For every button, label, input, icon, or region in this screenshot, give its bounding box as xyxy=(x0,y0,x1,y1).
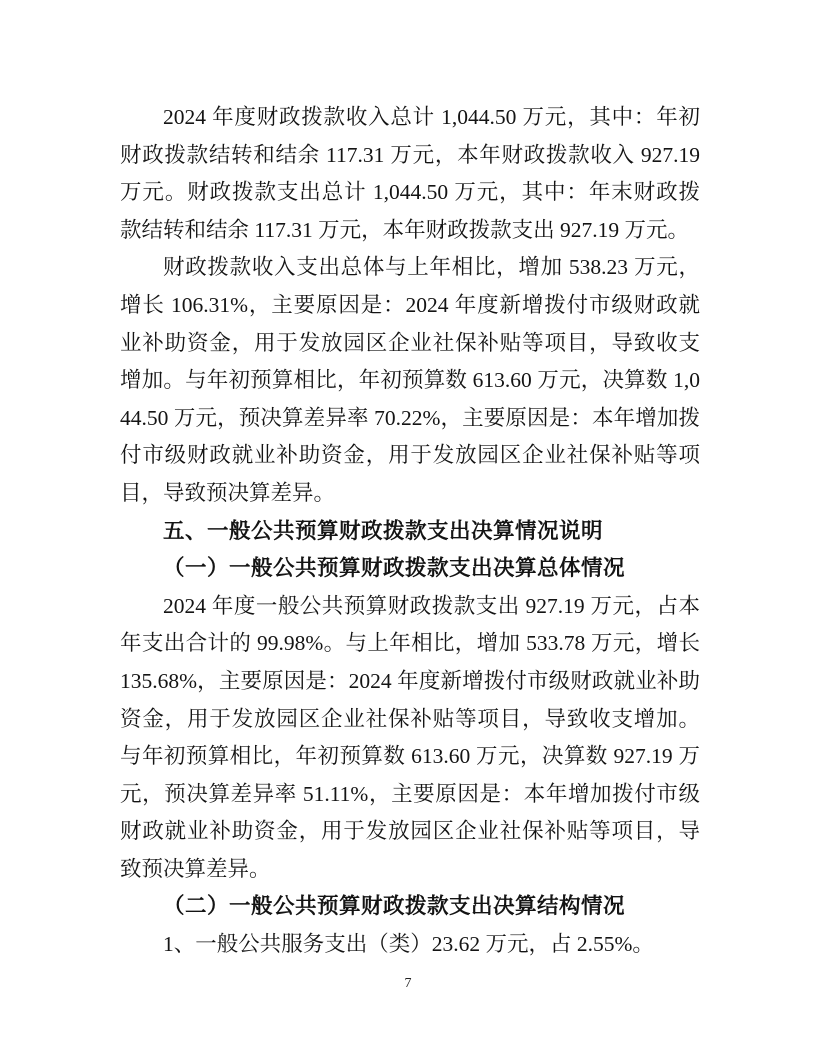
subsection-heading-structure-situation: （二）一般公共预算财政拨款支出决算结构情况 xyxy=(120,888,700,926)
subsection-heading-overall-situation: （一）一般公共预算财政拨款支出决算总体情况 xyxy=(120,550,700,588)
page-number: 7 xyxy=(0,975,816,993)
document-page: 2024 年度财政拨款收入总计 1,044.50 万元，其中：年初财政拨款结转和… xyxy=(0,0,816,1056)
paragraph-general-budget-expenditure-overall: 2024 年度一般公共预算财政拨款支出 927.19 万元，占本年支出合计的 9… xyxy=(120,588,700,889)
document-content: 2024 年度财政拨款收入总计 1,044.50 万元，其中：年初财政拨款结转和… xyxy=(120,99,700,964)
paragraph-general-public-service-expenditure: 1、一般公共服务支出（类）23.62 万元，占 2.55%。 xyxy=(120,926,700,964)
paragraph-fiscal-appropriation-totals: 2024 年度财政拨款收入总计 1,044.50 万元，其中：年初财政拨款结转和… xyxy=(120,99,700,249)
paragraph-fiscal-appropriation-comparison: 财政拨款收入支出总体与上年相比，增加 538.23 万元，增长 106.31%，… xyxy=(120,249,700,512)
section-heading-general-budget-expenditure-notes: 五、一般公共预算财政拨款支出决算情况说明 xyxy=(120,513,700,551)
